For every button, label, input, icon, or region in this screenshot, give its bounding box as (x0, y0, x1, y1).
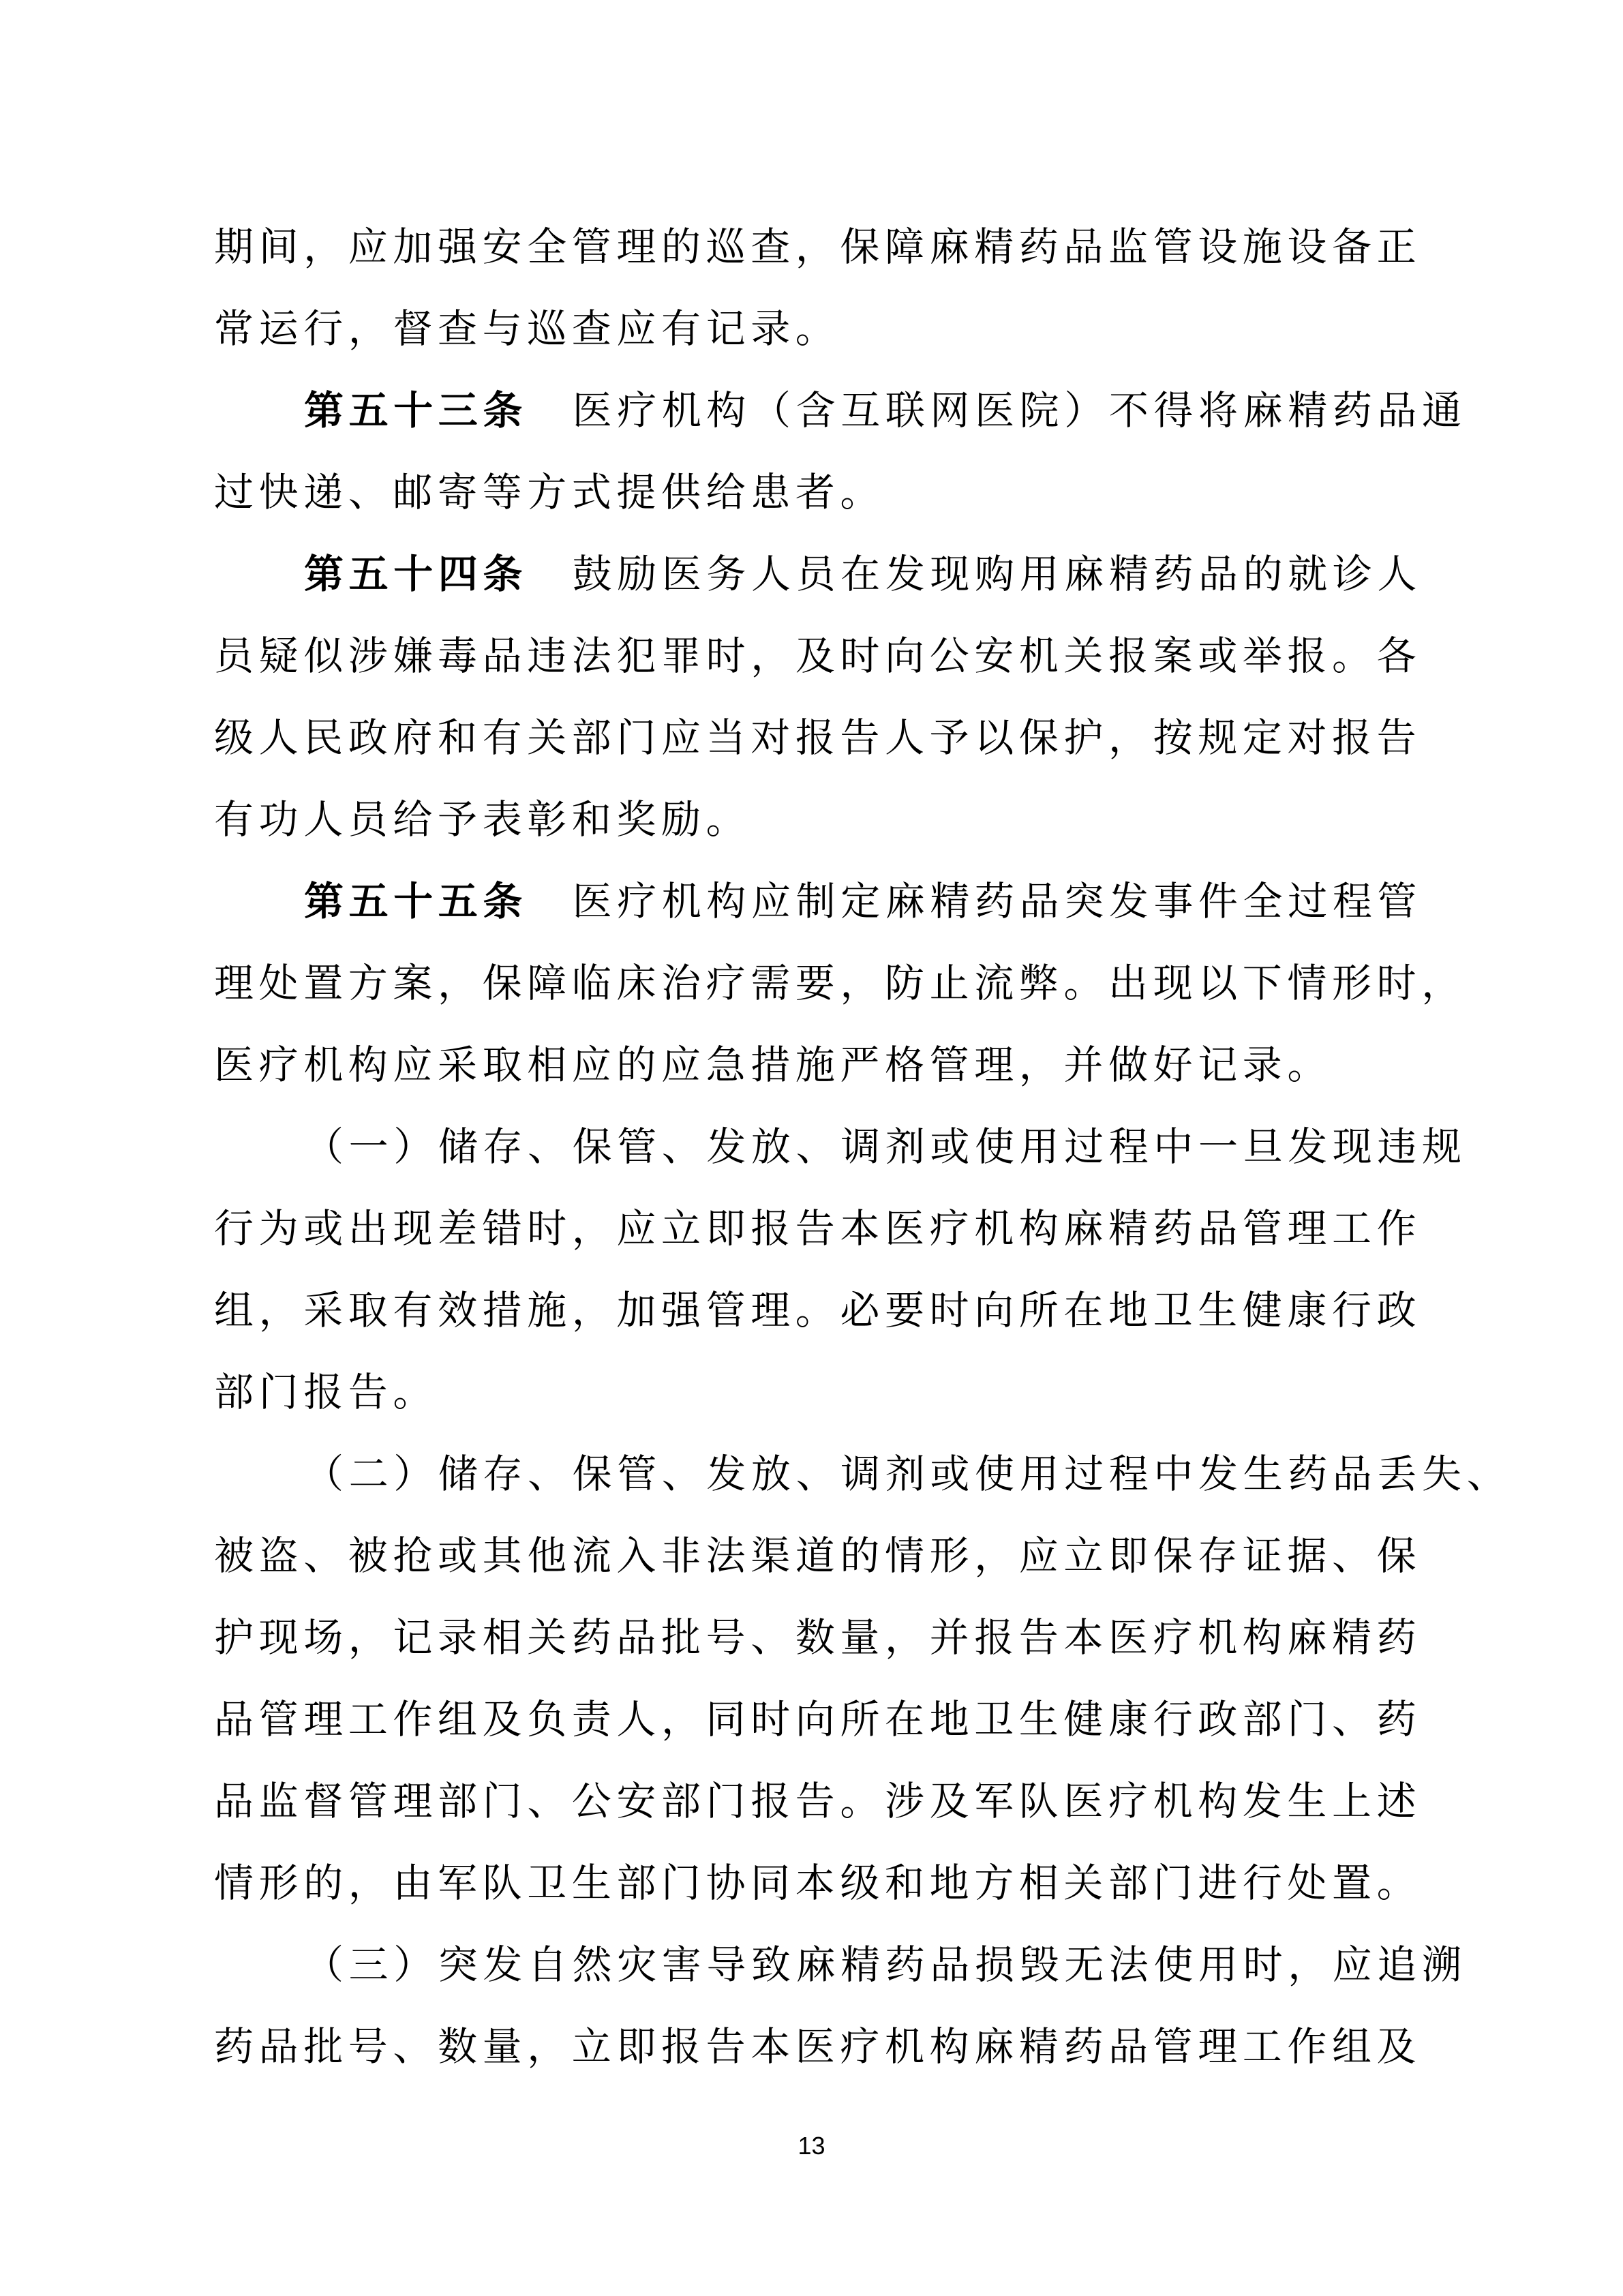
text-line: 部门报告。 (214, 1351, 1421, 1433)
article-text: 鼓励医务人员在发现购用麻精药品的就诊人 (573, 551, 1422, 597)
text-line: （二）储存、保管、发放、调剂或使用过程中发生药品丢失、 (214, 1433, 1421, 1515)
article-text: 医疗机构应制定麻精药品突发事件全过程管 (573, 878, 1422, 924)
text-line: 医疗机构应采取相应的应急措施严格管理，并做好记录。 (214, 1024, 1421, 1106)
article-text (528, 387, 573, 434)
article-number: 第五十三条 (304, 387, 528, 434)
paragraph-item-3: （三）突发自然灾害导致麻精药品损毁无法使用时，应追溯 药品批号、数量，立即报告本… (214, 1924, 1421, 2087)
text-line: 第五十三条 医疗机构（含互联网医院）不得将麻精药品通 (214, 369, 1421, 451)
text-line: 员疑似涉嫌毒品违法犯罪时，及时向公安机关报案或举报。各 (214, 615, 1421, 697)
article-number: 第五十五条 (304, 878, 528, 924)
text-line: 常运行，督查与巡查应有记录。 (214, 288, 1421, 369)
text-line: 第五十四条 鼓励医务人员在发现购用麻精药品的就诊人 (214, 533, 1421, 615)
text-line: 品监督管理部门、公安部门报告。涉及军队医疗机构发生上述 (214, 1760, 1421, 1842)
article-number: 第五十四条 (304, 551, 528, 597)
text-line: 过快递、邮寄等方式提供给患者。 (214, 451, 1421, 533)
article-text (528, 878, 573, 924)
text-line: 行为或出现差错时，应立即报告本医疗机构麻精药品管理工作 (214, 1188, 1421, 1269)
paragraph-item-1: （一）储存、保管、发放、调剂或使用过程中一旦发现违规 行为或出现差错时，应立即报… (214, 1106, 1421, 1433)
text-line: 护现场，记录相关药品批号、数量，并报告本医疗机构麻精药 (214, 1597, 1421, 1678)
text-line: 有功人员给予表彰和奖励。 (214, 779, 1421, 860)
document-body: 期间，应加强安全管理的巡查，保障麻精药品监管设施设备正 常运行，督查与巡查应有记… (214, 206, 1421, 2087)
text-line: （三）突发自然灾害导致麻精药品损毁无法使用时，应追溯 (214, 1924, 1421, 2006)
text-line: （一）储存、保管、发放、调剂或使用过程中一旦发现违规 (214, 1106, 1421, 1188)
page-number: 13 (0, 2132, 1623, 2160)
text-line: 第五十五条 医疗机构应制定麻精药品突发事件全过程管 (214, 860, 1421, 942)
text-line: 理处置方案，保障临床治疗需要，防止流弊。出现以下情形时， (214, 942, 1421, 1024)
text-line: 被盗、被抢或其他流入非法渠道的情形，应立即保存证据、保 (214, 1515, 1421, 1597)
text-line: 品管理工作组及负责人，同时向所在地卫生健康行政部门、药 (214, 1678, 1421, 1760)
paragraph-article-54: 第五十四条 鼓励医务人员在发现购用麻精药品的就诊人 员疑似涉嫌毒品违法犯罪时，及… (214, 533, 1421, 860)
paragraph-continuation: 期间，应加强安全管理的巡查，保障麻精药品监管设施设备正 常运行，督查与巡查应有记… (214, 206, 1421, 369)
paragraph-article-55: 第五十五条 医疗机构应制定麻精药品突发事件全过程管 理处置方案，保障临床治疗需要… (214, 860, 1421, 1106)
text-line: 情形的，由军队卫生部门协同本级和地方相关部门进行处置。 (214, 1842, 1421, 1924)
paragraph-article-53: 第五十三条 医疗机构（含互联网医院）不得将麻精药品通 过快递、邮寄等方式提供给患… (214, 369, 1421, 533)
text-line: 组，采取有效措施，加强管理。必要时向所在地卫生健康行政 (214, 1269, 1421, 1351)
article-text (528, 551, 573, 597)
text-line: 级人民政府和有关部门应当对报告人予以保护，按规定对报告 (214, 697, 1421, 779)
article-text: 医疗机构（含互联网医院）不得将麻精药品通 (573, 387, 1467, 434)
text-line: 期间，应加强安全管理的巡查，保障麻精药品监管设施设备正 (214, 206, 1421, 288)
text-line: 药品批号、数量，立即报告本医疗机构麻精药品管理工作组及 (214, 2006, 1421, 2087)
paragraph-item-2: （二）储存、保管、发放、调剂或使用过程中发生药品丢失、 被盗、被抢或其他流入非法… (214, 1433, 1421, 1924)
